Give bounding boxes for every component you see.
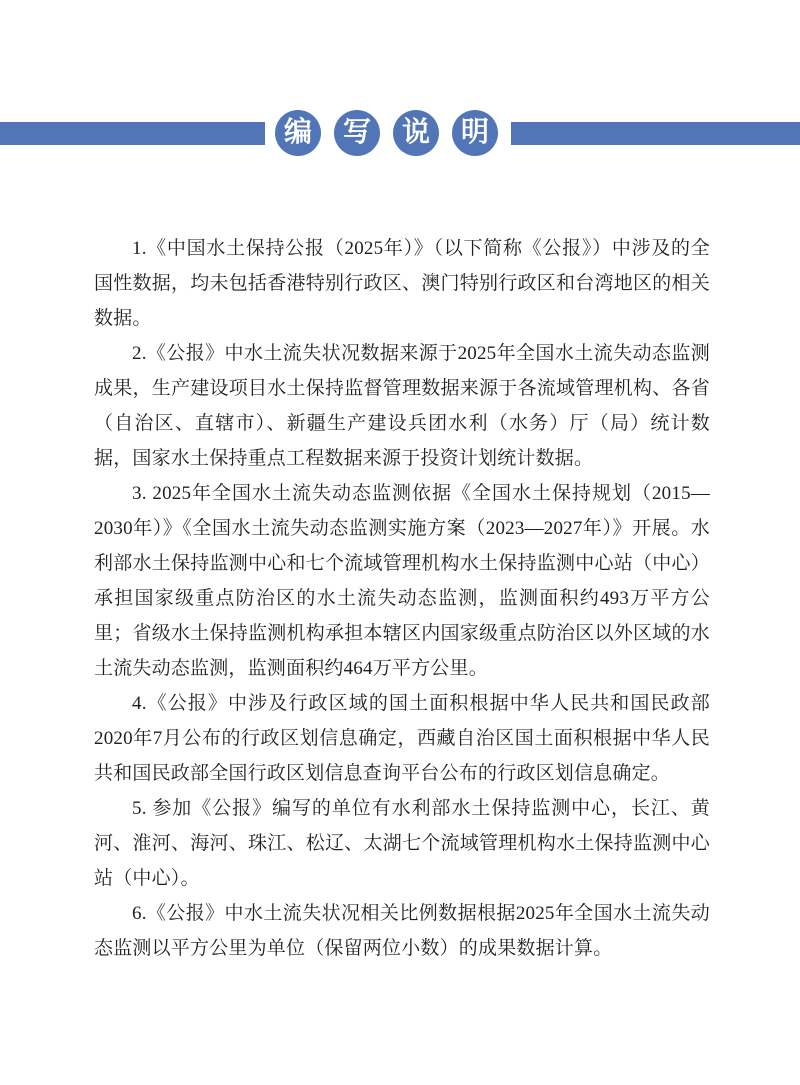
title-char-circle: 明 [452,110,498,156]
paragraph-5: 5. 参加《公报》编写的单位有水利部水土保持监测中心，长江、黄河、淮河、海河、珠… [94,791,710,896]
paragraph-4: 4.《公报》中涉及行政区域的国土面积根据中华人民共和国民政部2020年7月公布的… [94,686,710,791]
document-body: 1.《中国水土保持公报（2025年）》（以下简称《公报》）中涉及的全国性数据，均… [94,231,710,966]
document-page: 编 写 说 明 1.《中国水土保持公报（2025年）》（以下简称《公报》）中涉及… [0,0,800,1085]
title-right-bar [511,122,800,145]
title-char-circle: 说 [393,110,439,156]
title-char-circle: 编 [275,110,321,156]
paragraph-1: 1.《中国水土保持公报（2025年）》（以下简称《公报》）中涉及的全国性数据，均… [94,231,710,336]
title-char-circle: 写 [334,110,380,156]
paragraph-2: 2.《公报》中水土流失状况数据来源于2025年全国水土流失动态监测成果，生产建设… [94,336,710,476]
paragraph-3: 3. 2025年全国水土流失动态监测依据《全国水土保持规划（2015—2030年… [94,476,710,686]
title-circles: 编 写 说 明 [275,110,498,156]
section-title-banner: 编 写 说 明 [0,110,800,156]
paragraph-6: 6.《公报》中水土流失状况相关比例数据根据2025年全国水土流失动态监测以平方公… [94,896,710,966]
title-left-bar [0,122,265,145]
